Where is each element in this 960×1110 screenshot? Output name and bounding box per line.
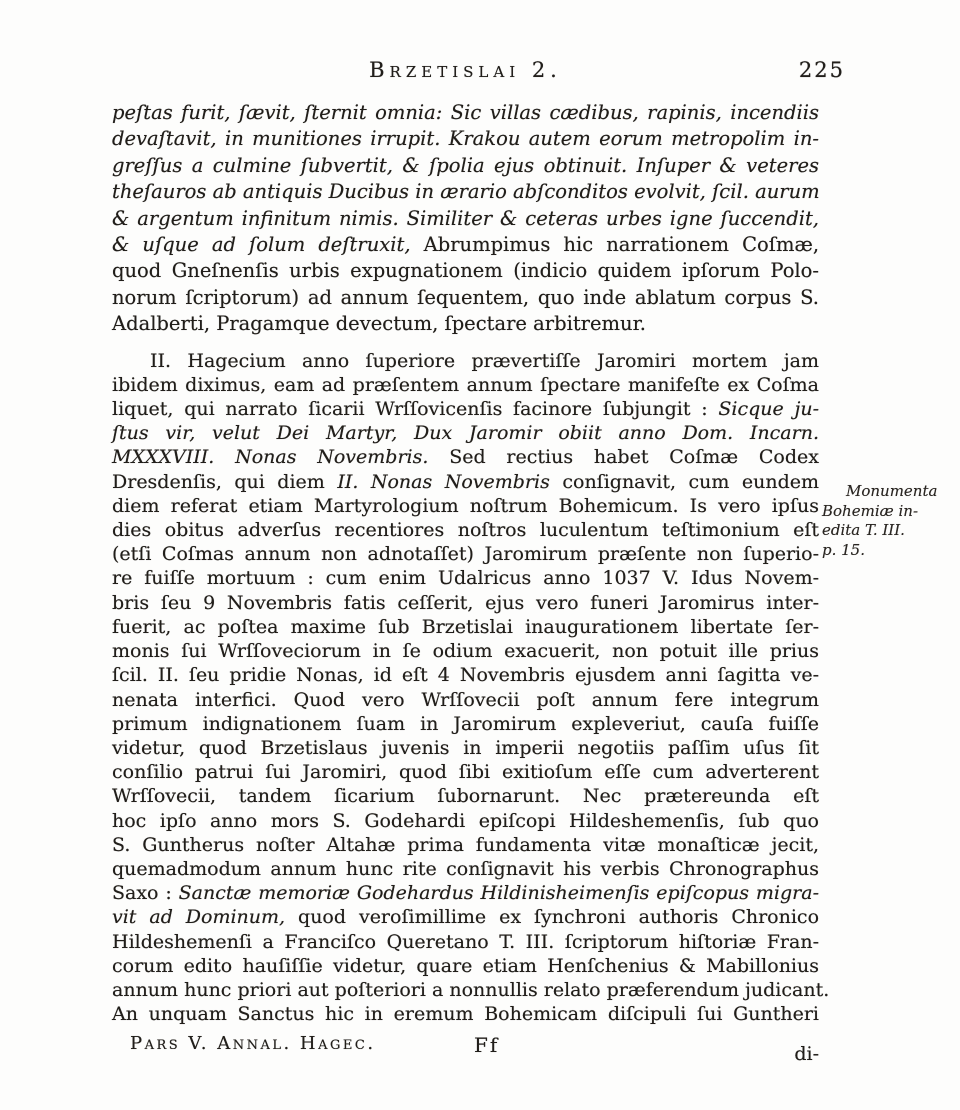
roman-text-run: liquet, qui narrato ſicarii Wrſſovicenſi… (112, 398, 708, 420)
text-line: Monumenta (822, 482, 956, 502)
roman-text-run: Nec prætereunda eſt (583, 785, 819, 807)
roman-text-run: Quod vero Wrſſovecii poſt annum fere int… (294, 689, 819, 711)
paragraph-1: peſtas furit, ſævit, ſternit omnia: Sic … (112, 100, 819, 338)
italic-text-run: devaſtavit, in munitiones irrupit. Krako… (112, 127, 819, 150)
roman-text-run: quod veroſimillime ex ſynchroni authoris… (298, 906, 819, 928)
text-line: p. 15. (822, 541, 956, 561)
roman-text-run: videtur, quod Brzetislaus juvenis in imp… (112, 737, 819, 759)
roman-text-run: annum hunc priori aut poſteriori a nonnu… (112, 979, 829, 1001)
text-line: monis ſui Wrſſoveciorum in ſe odium exac… (112, 639, 819, 663)
text-line: conſilio patrui ſui Jaromiri, quod ſibi … (112, 760, 819, 784)
paragraph-2: II. Hagecium anno ſuperiore prævertiſſe … (112, 349, 819, 1027)
roman-text-run: bris ſeu 9 Novembris fatis ceſſerit, eju… (112, 592, 819, 614)
italic-text-run: ſtus vir, velut Dei Martyr, Dux Jaromir … (112, 422, 819, 444)
italic-text-run: & uſque ad ſolum deſtruxit, (112, 233, 411, 256)
italic-text-run: & argentum infinitum nimis. Similiter & … (112, 207, 819, 230)
roman-text-run: fuerit, ac poſtea maxime ſub Brzetislai … (112, 616, 819, 638)
text-line: (etſi Coſmas annum non adnotaſſet) Jarom… (112, 542, 819, 566)
text-line: Adalberti, Pragamque devectum, ſpectare … (112, 311, 819, 337)
roman-text-run: Sed rectius habet Coſmæ Codex (449, 446, 819, 468)
roman-text-run: Saxo : (112, 882, 172, 904)
roman-text-run: conſignavit, cum eundem (562, 471, 819, 493)
text-line: Hildeshemenſi a Franciſco Queretano T. I… (112, 930, 819, 954)
roman-text-run: ibidem diximus, eam ad præſentem annum ſ… (112, 374, 819, 396)
text-line: ſcil. II. ſeu pridie Nonas, id eſt 4 Nov… (112, 663, 819, 687)
footer-signature: Pars V. Annal. Hagec. (130, 1033, 376, 1054)
text-line: Dresdenſis, qui diem II. Nonas Novembris… (112, 470, 819, 494)
italic-text-run: p. 15. (822, 541, 865, 559)
roman-text-run: norum ſcriptorum) ad annum ſequentem, qu… (112, 286, 819, 309)
italic-text-run: Sicque ju- (718, 398, 819, 420)
roman-text-run: quod Gneſnenſis urbis expugnationem (ind… (112, 259, 819, 282)
roman-text-run: Hildeshemenſi a Franciſco Queretano T. I… (112, 931, 819, 953)
text-line: peſtas furit, ſævit, ſternit omnia: Sic … (112, 100, 819, 126)
text-line: quod Gneſnenſis urbis expugnationem (ind… (112, 258, 819, 284)
margin-note: MonumentaBohemiæ in-edita T. III.p. 15. (822, 482, 956, 560)
roman-text-run: An unquam Sanctus hic in eremum Bohemica… (112, 1003, 819, 1025)
text-line: ibidem diximus, eam ad præſentem annum ſ… (112, 373, 819, 397)
text-line: norum ſcriptorum) ad annum ſequentem, qu… (112, 285, 819, 311)
roman-text-run: hoc ipſo anno mors S. Godehardi epiſcopi… (112, 810, 819, 832)
text-line: quemadmodum annum hunc rite conſignavit … (112, 857, 819, 881)
italic-text-run: edita T. III. (822, 521, 905, 539)
text-line: devaſtavit, in munitiones irrupit. Krako… (112, 126, 819, 152)
italic-text-run: greſſus a culmine ſubvertit, & ſpolia ej… (112, 154, 819, 177)
roman-text-run: diem referat etiam Martyrologium noſtrum… (112, 495, 819, 517)
scanned-book-page: Brzetislai 2. 225 peſtas furit, ſævit, ſ… (0, 0, 960, 1110)
text-line: nenata interfici. Quod vero Wrſſovecii p… (112, 688, 819, 712)
text-line: fuerit, ac poſtea maxime ſub Brzetislai … (112, 615, 819, 639)
roman-text-run: monis ſui Wrſſoveciorum in ſe odium exac… (112, 640, 819, 662)
roman-text-run: (etſi Coſmas annum non adnotaſſet) Jarom… (112, 543, 819, 565)
text-line: ſtus vir, velut Dei Martyr, Dux Jaromir … (112, 421, 819, 445)
italic-text-run: II. Nonas Novembris (337, 471, 550, 493)
page-footer: Pars V. Annal. Hagec. Ff di- (112, 1033, 819, 1073)
roman-text-run: ſcil. II. ſeu pridie Nonas, id eſt 4 Nov… (112, 664, 819, 686)
footer-sheet-mark: Ff (474, 1033, 499, 1057)
text-line: theſauros ab antiquis Ducibus in ærario … (112, 179, 819, 205)
text-line: & argentum infinitum nimis. Similiter & … (112, 206, 819, 232)
roman-text-run: re fuiſſe mortuum : cum enim Udalricus a… (112, 567, 819, 589)
italic-text-run: MXXXVIII. Nonas Novembris. (112, 446, 428, 468)
text-line: corum edito hauſiſſie videtur, quare eti… (112, 954, 819, 978)
text-line: & uſque ad ſolum deſtruxit, Abrumpimus h… (112, 232, 819, 258)
text-line: annum hunc priori aut poſteriori a nonnu… (112, 978, 819, 1002)
italic-text-run: Sanctæ memoriæ Godehardus Hildinisheimen… (179, 882, 819, 904)
italic-text-run: Bohemiæ in- (822, 502, 918, 520)
roman-text-run: conſilio patrui ſui Jaromiri, quod ſibi … (112, 761, 819, 783)
roman-text-run: II. Hagecium anno ſuperiore prævertiſſe … (150, 350, 819, 372)
roman-text-run: dies obitus adverſus recentiores noſtros… (112, 519, 819, 541)
italic-text-run: theſauros ab antiquis Ducibus in ærario … (112, 180, 820, 203)
running-head: Brzetislai 2. 225 (112, 58, 819, 88)
roman-text-run: Wrſſovecii, tandem ſicarium ſubornarunt. (112, 785, 560, 807)
text-line: hoc ipſo anno mors S. Godehardi epiſcopi… (112, 809, 819, 833)
roman-text-run: primum indignationem ſuam in Jaromirum e… (112, 713, 819, 735)
text-line: II. Hagecium anno ſuperiore prævertiſſe … (112, 349, 819, 373)
italic-text-run: vit ad Dominum, (112, 906, 285, 928)
roman-text-run: Abrumpimus hic narrationem Coſmæ, (424, 233, 819, 256)
text-line: primum indignationem ſuam in Jaromirum e… (112, 712, 819, 736)
roman-text-run: nenata interfici. (112, 689, 277, 711)
roman-text-run: quemadmodum annum hunc rite conſignavit … (112, 858, 819, 880)
text-line: videtur, quod Brzetislaus juvenis in imp… (112, 736, 819, 760)
text-line: S. Guntherus noſter Altahæ prima fundame… (112, 833, 819, 857)
roman-text-run: S. Guntherus noſter Altahæ prima fundame… (112, 834, 819, 856)
roman-text-run: corum edito hauſiſſie videtur, quare eti… (112, 955, 819, 977)
text-line: An unquam Sanctus hic in eremum Bohemica… (112, 1002, 819, 1026)
text-line: bris ſeu 9 Novembris fatis ceſſerit, eju… (112, 591, 819, 615)
roman-text-run: Adalberti, Pragamque devectum, ſpectare … (112, 312, 646, 335)
roman-text-run: Dresdenſis, qui diem (112, 471, 325, 493)
text-line: diem referat etiam Martyrologium noſtrum… (112, 494, 819, 518)
text-line: MXXXVIII. Nonas Novembris. Sed rectius h… (112, 445, 819, 469)
text-line: dies obitus adverſus recentiores noſtros… (112, 518, 819, 542)
text-line: Saxo : Sanctæ memoriæ Godehardus Hildini… (112, 881, 819, 905)
page-number: 225 (799, 58, 845, 82)
text-line: Wrſſovecii, tandem ſicarium ſubornarunt.… (112, 784, 819, 808)
chapter-title: Brzetislai 2. (112, 58, 819, 82)
text-line: vit ad Dominum, quod veroſimillime ex ſy… (112, 905, 819, 929)
text-block: Brzetislai 2. 225 peſtas furit, ſævit, ſ… (112, 58, 819, 1073)
text-line: edita T. III. (822, 521, 956, 541)
text-line: Bohemiæ in- (822, 502, 956, 522)
footer-catchword: di- (794, 1043, 819, 1065)
text-line: liquet, qui narrato ſicarii Wrſſovicenſi… (112, 397, 819, 421)
italic-text-run: Monumenta (846, 482, 937, 500)
italic-text-run: peſtas furit, ſævit, ſternit omnia: Sic … (112, 101, 819, 124)
text-line: re fuiſſe mortuum : cum enim Udalricus a… (112, 566, 819, 590)
text-line: greſſus a culmine ſubvertit, & ſpolia ej… (112, 153, 819, 179)
